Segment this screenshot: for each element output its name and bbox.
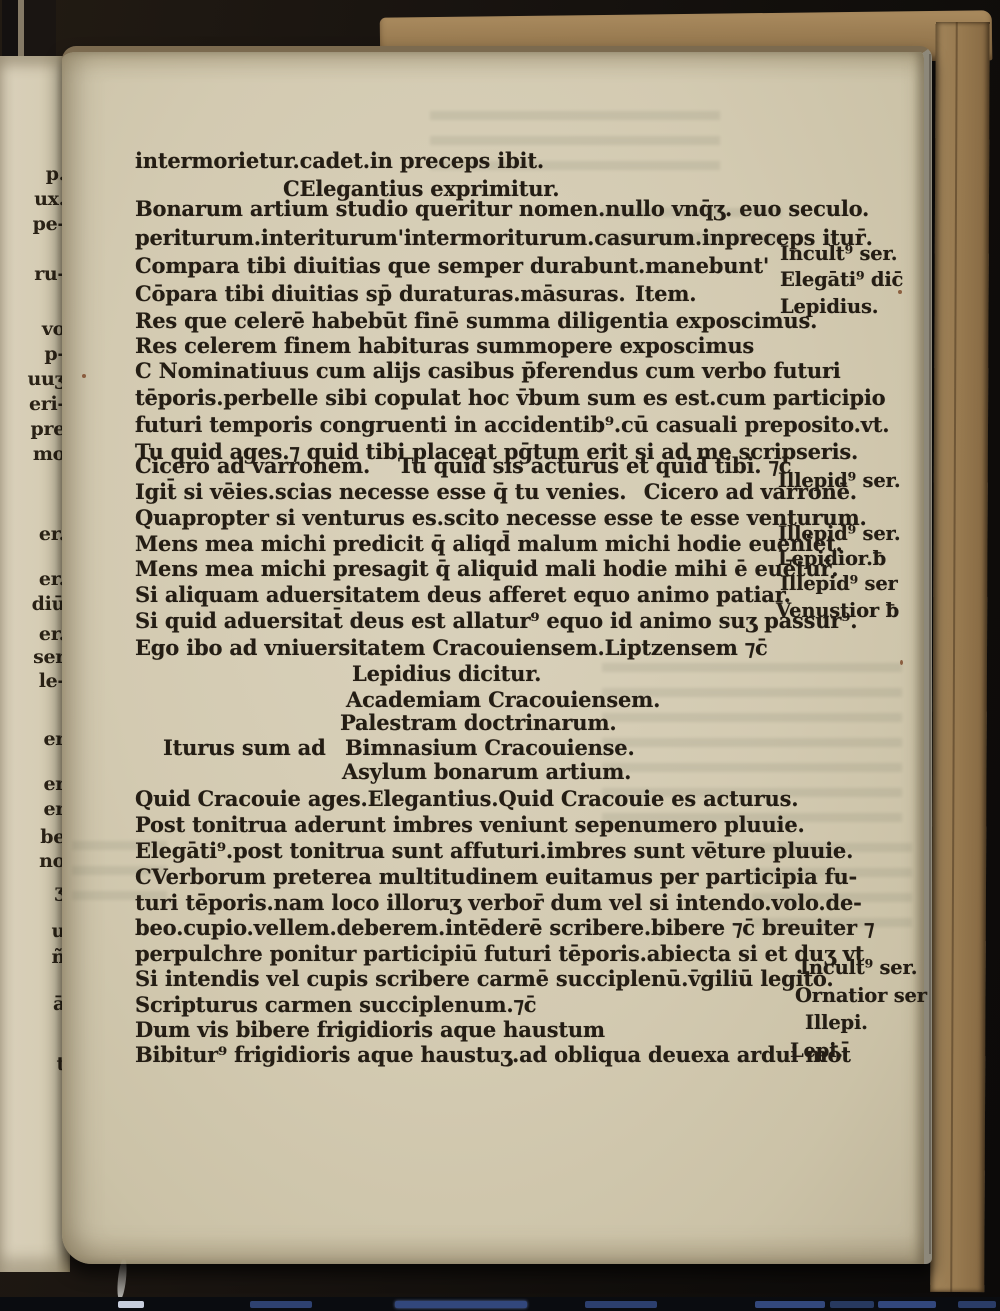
page-stack-left-edge: p.ux.pe-ru-vop-uuʒeri-premoer.er.diūer.… (0, 56, 70, 1272)
margin-note: Lepi. (790, 1039, 843, 1062)
text-line: Lepidius dicitur. (352, 662, 541, 686)
margin-note: Incult⁹ ser. (780, 242, 897, 265)
margin-note: Illepi. (805, 1011, 868, 1034)
text-line: Scripturus carmen succiplenum.⁊c̄ (135, 993, 536, 1017)
margin-note: Incult⁹ ser. (800, 956, 917, 979)
text-line: Mens mea michi presagit q̄ aliquid mali … (135, 557, 838, 581)
ink-speck (900, 660, 903, 665)
margin-note: Lepidius. (780, 295, 878, 318)
blue-fleck (250, 1301, 312, 1308)
margin-note: Venustior ƀ (776, 599, 899, 622)
blue-fleck (830, 1301, 874, 1308)
text-line: Quapropter si venturus es.scito necesse … (135, 506, 867, 530)
page: intermorietur.cadet.in preceps ibit.CEle… (62, 46, 932, 1264)
margin-note: Lepidior.ƀ (778, 547, 886, 570)
page-corner-glint (116, 1258, 128, 1301)
text-line: Asylum bonarum artium. (342, 760, 631, 784)
page-edge-fragment: ux. (34, 188, 65, 210)
text-line: futuri temporis congruenti in accidentib… (135, 413, 889, 437)
text-line: Bonarum artium studio queritur nomen.nul… (135, 197, 869, 221)
text-line: Quid Cracouie ages.Elegantius.Quid Craco… (135, 787, 798, 811)
text-line: perpulchre ponitur participiū futuri te… (135, 942, 864, 966)
text-line: Si quid aduersitat̄ deus est allatur⁹ eq… (135, 609, 857, 633)
text-line: periturum.interiturum'intermoriturum.cas… (135, 226, 873, 250)
page-edge-fragment: mo (33, 443, 65, 465)
text-line: turi tēporis.nam loco illoruʒ verbor̄ d… (135, 891, 862, 915)
text-line: Si intendis vel cupis scribere carmē su… (135, 967, 833, 991)
page-edge-fragment: eri- (29, 393, 65, 415)
text-line: Cōpara tibi diuitias sp̄ duraturas.māsu… (135, 282, 626, 306)
color-calibration-strip (0, 1297, 1000, 1311)
text-line: intermorietur.cadet.in preceps ibit. (135, 149, 544, 173)
blue-fleck (585, 1301, 657, 1308)
binding-shadow-bar (2, 0, 18, 64)
text-line: Iturus sum ad (163, 736, 326, 760)
blue-fleck (878, 1301, 936, 1308)
text-line: Cicero ad varronem. Tu quid sis acturus … (135, 454, 791, 478)
blue-fleck (958, 1301, 996, 1308)
text-line: Si aliquam aduersitatem deus afferet equ… (135, 583, 791, 607)
text-line: Igit̄ si vēies.scias necesse esse q̄ tu… (135, 480, 857, 504)
margin-note: Illepid⁹ ser (780, 572, 898, 595)
text-line: Ego ibo ad vniuersitatem Cracouiensem.Li… (135, 636, 768, 660)
page-edge-fragment: pe- (33, 213, 65, 235)
binding-board-right-edge (930, 22, 990, 1292)
margin-note: Elegāti⁹ dic̄ (780, 268, 903, 291)
text-line: C Nominatiuus cum alijs casibus p̄ferend… (135, 359, 841, 383)
page-edge-fragment: ru- (34, 263, 65, 285)
text-line: Item. (635, 282, 696, 306)
text-line: tēporis.perbelle sibi copulat hoc v̄bum… (135, 386, 885, 410)
text-line: Bimnasium Cracouiense. (345, 736, 635, 760)
text-line: Res celerem finem habituras summopere ex… (135, 334, 754, 358)
text-line: Mens mea michi predicit q̄ aliqd̄ malum … (135, 532, 843, 556)
text-line: Academiam Cracouiensem. (346, 688, 660, 712)
text-line: beo.cupio.vellem.deberem.intēderē scri… (135, 916, 874, 940)
page-edge-fragment: ser (33, 646, 65, 668)
text-line: Post tonitrua aderunt imbres veniunt sep… (135, 813, 805, 837)
margin-note: Ornatior ser (795, 984, 927, 1007)
page-edge-fragment: uuʒ (27, 368, 65, 390)
margin-note: Illepid⁹ ser. (778, 522, 900, 545)
page-edge-fragment: diū (32, 593, 65, 615)
text-line: Bibitur⁹ frigidioris aque haustuʒ.ad obl… (135, 1043, 851, 1067)
margin-note: Illepid⁹ ser. (778, 469, 900, 492)
blue-fleck (118, 1301, 144, 1308)
book-photo: p.ux.pe-ru-vop-uuʒeri-premoer.er.diūer.… (0, 0, 1000, 1311)
text-line: Dum vis bibere frigidioris aque haustum (135, 1018, 605, 1042)
text-line: Res que celerē habebūt finē summa dil… (135, 309, 817, 333)
page-edge-fragment: pre (31, 418, 65, 440)
ink-speck (82, 374, 86, 378)
text-line: Compara tibi diuitias que semper durabun… (135, 254, 769, 278)
text-line: Palestram doctrinarum. (340, 711, 616, 735)
blue-fleck (395, 1301, 527, 1308)
text-line: CVerborum preterea multitudinem euitamus… (135, 865, 857, 889)
text-line: Elegāti⁹.post tonitrua sunt affuturi.im… (135, 839, 853, 863)
blue-fleck (755, 1301, 825, 1308)
